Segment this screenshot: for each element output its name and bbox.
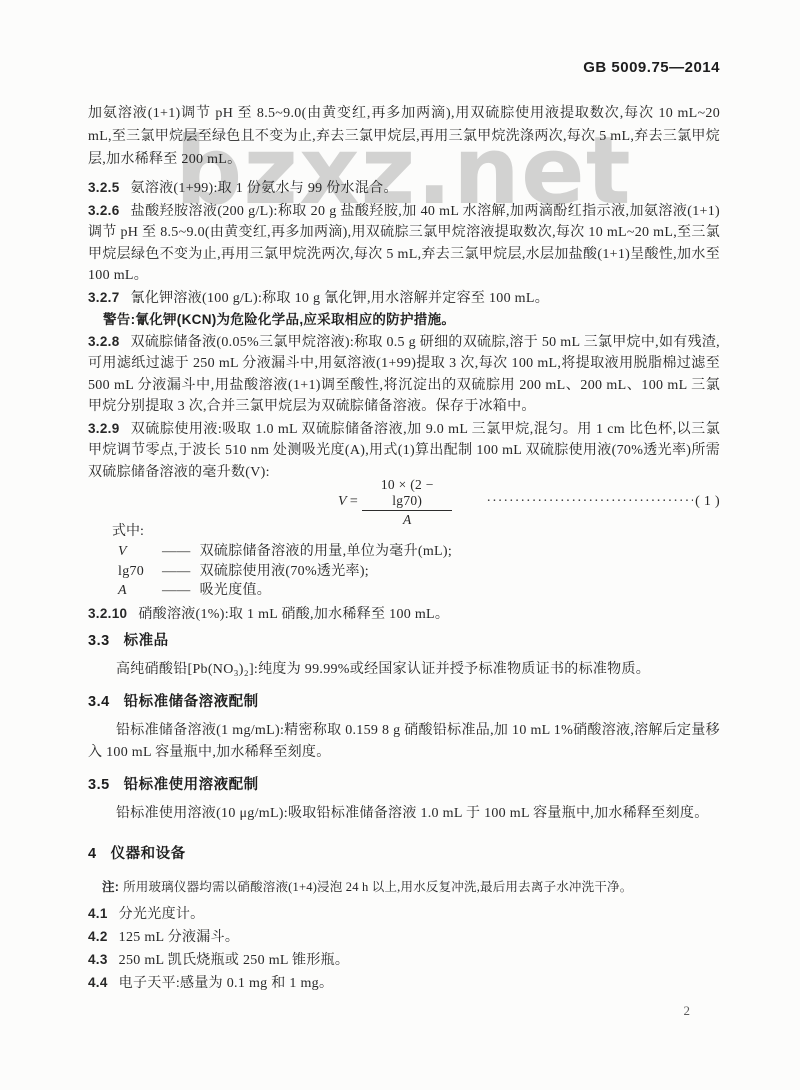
clause-3-2-8: 3.2.8双硫腙储备液(0.05%三氯甲烷溶液):称取 0.5 g 研细的双硫腙… [88,331,720,418]
note-text: 所用玻璃仪器均需以硝酸溶液(1+4)浸泡 24 h 以上,用水反复冲洗,最后用去… [123,880,632,894]
clause-number: 3.2.6 [88,203,120,218]
clause-number: 4.1 [88,906,108,921]
definition-symbol: lg70 [118,562,162,582]
section-heading-4: 4仪器和设备 [88,845,720,863]
definition-lg70: lg70 —— 双硫腙使用液(70%透光率); [88,562,720,582]
note-label: 注: [102,880,119,894]
document-page: bzxz.net GB 5009.75—2014 加氨溶液(1+1)调节 pH … [0,0,800,1090]
clause-text: 250 mL 凯氏烧瓶或 250 mL 锥形瓶。 [119,953,350,968]
clause-4-4: 4.4电子天平:感量为 0.1 mg 和 1 mg。 [88,972,720,995]
clause-text: 氨溶液(1+99):取 1 份氨水与 99 份水混合。 [131,181,398,196]
definition-indent [88,562,118,582]
clause-3-2-9: 3.2.9双硫腙使用液:吸取 1.0 mL 双硫腙储备溶液,加 9.0 mL 三… [88,418,720,484]
clause-number: 3.2.10 [88,606,127,621]
clause-3-2-10: 3.2.10硝酸溶液(1%):取 1 mL 硝酸,加水稀释至 100 mL。 [88,603,720,626]
glassware-note: 注:所用玻璃仪器均需以硝酸溶液(1+4)浸泡 24 h 以上,用水反复冲洗,最后… [88,878,720,896]
section-heading-3-4: 3.4铅标准储备溶液配制 [88,693,720,711]
definition-description: 双硫腙使用液(70%透光率); [200,562,720,582]
page-content: GB 5009.75—2014 加氨溶液(1+1)调节 pH 至 8.5~9.0… [88,60,720,1019]
warning-note: 警告:氰化钾(KCN)为危险化学品,应采取相应的防护措施。 [88,309,720,331]
section-title: 仪器和设备 [111,846,186,862]
clause-number: 3.2.7 [88,290,120,305]
continuation-paragraph: 加氨溶液(1+1)调节 pH 至 8.5~9.0(由黄变红,再多加两滴),用双硫… [88,102,720,171]
section-heading-3-3: 3.3标准品 [88,632,720,650]
clause-text: 双硫腙储备液(0.05%三氯甲烷溶液):称取 0.5 g 研细的双硫腙,溶于 5… [88,335,720,415]
fraction-denominator: A [362,511,452,528]
clause-text: 分光光度计。 [119,907,205,922]
definition-symbol: A [118,581,162,601]
section-title: 铅标准储备溶液配制 [124,694,259,710]
clause-3-2-5: 3.2.5氨溶液(1+99):取 1 份氨水与 99 份水混合。 [88,177,720,200]
section-title: 铅标准使用溶液配制 [124,777,259,793]
formula-variable: V [338,494,347,510]
section-number: 4 [88,846,97,862]
clause-text: 125 mL 分液漏斗。 [119,930,240,945]
clause-3-2-7: 3.2.7氰化钾溶液(100 g/L):称取 10 g 氰化钾,用水溶解并定容至… [88,287,720,310]
clause-text: 硝酸溶液(1%):取 1 mL 硝酸,加水稀释至 100 mL。 [138,607,449,622]
clause-number: 3.2.8 [88,334,120,349]
clause-text: 电子天平:感量为 0.1 mg 和 1 mg。 [119,976,334,991]
definition-dash: —— [162,542,191,562]
section-heading-3-5: 3.5铅标准使用溶液配制 [88,776,720,794]
formula-equals: = [350,494,358,510]
clause-number: 4.3 [88,952,108,967]
section-number: 3.3 [88,633,110,649]
clause-4-3: 4.3250 mL 凯氏烧瓶或 250 mL 锥形瓶。 [88,949,720,972]
definition-dash: —— [162,562,191,582]
section-3-4-paragraph: 铅标准储备溶液(1 mg/mL):精密称取 0.159 8 g 硝酸铅标准品,加… [88,720,720,764]
definition-v: V —— 双硫腙储备溶液的用量,单位为毫升(mL); [88,542,720,562]
clause-list-a: 3.2.5氨溶液(1+99):取 1 份氨水与 99 份水混合。 3.2.6盐酸… [88,177,720,309]
doc-number: GB 5009.75—2014 [88,60,720,76]
clause-4-1: 4.1分光光度计。 [88,903,720,926]
definitions-list: V —— 双硫腙储备溶液的用量,单位为毫升(mL); lg70 —— 双硫腙使用… [88,542,720,601]
clause-number: 4.4 [88,975,108,990]
clause-text: 双硫腙使用液:吸取 1.0 mL 双硫腙储备溶液,加 9.0 mL 三氯甲烷,混… [88,422,720,480]
formula-number-label: ( 1 ) [695,494,720,510]
page-number: 2 [88,1003,720,1019]
definition-symbol: V [118,542,162,562]
formula-dot-leader: ······································· [486,494,693,510]
section-3-5-paragraph: 铅标准使用溶液(10 μg/mL):吸取铅标准储备溶液 1.0 mL 于 100… [88,803,720,825]
clause-list-b: 3.2.8双硫腙储备液(0.05%三氯甲烷溶液):称取 0.5 g 研细的双硫腙… [88,331,720,484]
definition-a: A —— 吸光度值。 [88,581,720,601]
definition-description: 双硫腙储备溶液的用量,单位为毫升(mL); [200,542,720,562]
definition-dash: —— [162,581,191,601]
equipment-list: 4.1分光光度计。 4.2125 mL 分液漏斗。 4.3250 mL 凯氏烧瓶… [88,903,720,995]
clause-number: 3.2.5 [88,180,120,195]
formula-1: V = 10 × (2 − lg70) A ··················… [88,485,720,519]
clause-3-2-6: 3.2.6盐酸羟胺溶液(200 g/L):称取 20 g 盐酸羟胺,加 40 m… [88,200,720,287]
clause-text: 氰化钾溶液(100 g/L):称取 10 g 氰化钾,用水溶解并定容至 100 … [131,291,550,306]
definition-indent [88,542,118,562]
section-number: 3.4 [88,694,110,710]
definition-indent [88,581,118,601]
clause-text: 盐酸羟胺溶液(200 g/L):称取 20 g 盐酸羟胺,加 40 mL 水溶解… [88,204,720,284]
clause-number: 3.2.9 [88,421,120,436]
section-number: 3.5 [88,777,110,793]
section-3-3-paragraph: 高纯硝酸铅[Pb(NO₃)₂]:纯度为 99.99%或经国家认证并授予标准物质证… [88,659,720,681]
formula-fraction: 10 × (2 − lg70) A [362,477,452,528]
section-title: 标准品 [124,633,169,649]
fraction-numerator: 10 × (2 − lg70) [362,477,452,511]
definition-description: 吸光度值。 [200,581,720,601]
clause-4-2: 4.2125 mL 分液漏斗。 [88,926,720,949]
clause-number: 4.2 [88,929,108,944]
